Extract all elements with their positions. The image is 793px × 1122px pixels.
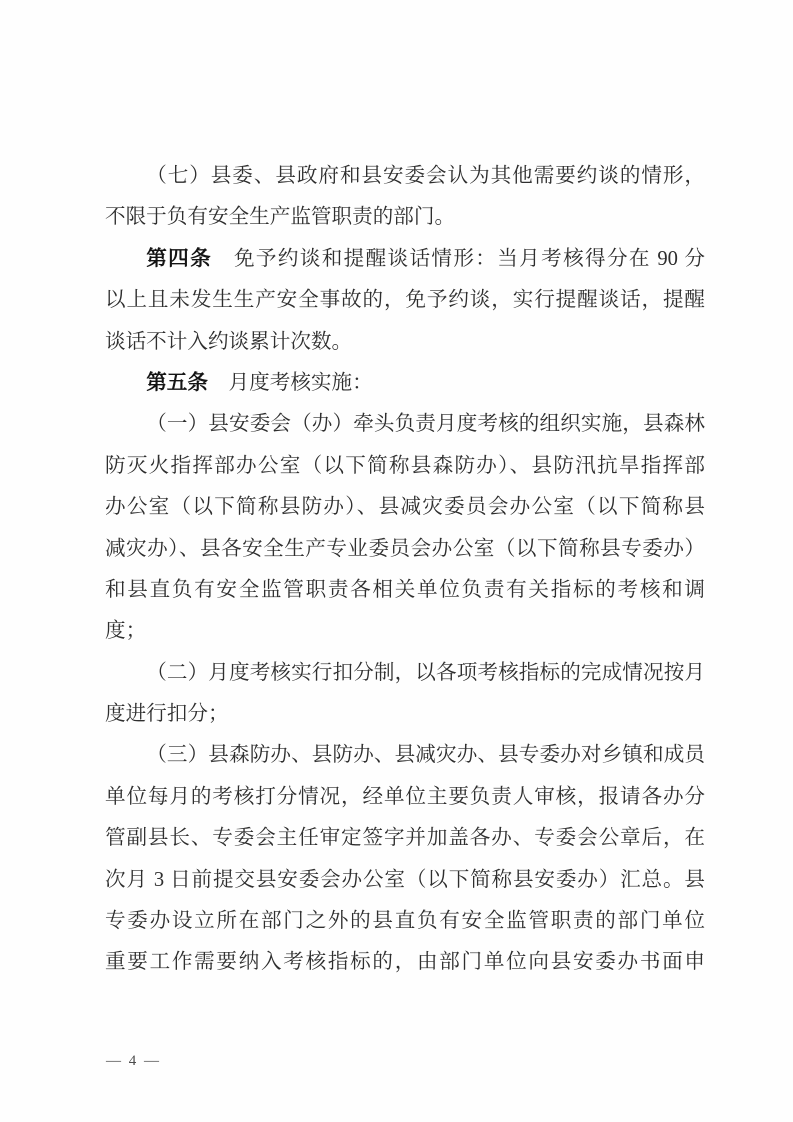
text-run: 谈话不计入约谈累计次数。	[105, 331, 352, 353]
text-run: 管副县长、专委会主任审定签字并加盖各办、专委会公章后，在	[105, 827, 705, 849]
text-run: 以上且未发生生产安全事故的，免予约谈，实行提醒谈话，提醒	[105, 289, 705, 311]
text-line: 以上且未发生生产安全事故的，免予约谈，实行提醒谈话，提醒	[105, 280, 705, 321]
text-line: 谈话不计入约谈累计次数。	[105, 322, 705, 363]
text-run: 度；	[105, 620, 146, 642]
text-run: （七）县委、县政府和县安委会认为其他需要约谈的情形，	[146, 165, 705, 187]
text-line: （三）县森防办、县防办、县减灾办、县专委办对乡镇和成员	[105, 735, 705, 776]
text-run: 和县直负有安全监管职责各相关单位负责有关指标的考核和调	[105, 579, 705, 601]
text-line: （七）县委、县政府和县安委会认为其他需要约谈的情形，	[105, 156, 705, 197]
text-run: 专委办设立所在部门之外的县直负有安全监管职责的部门单位	[105, 910, 705, 932]
text-run: 度进行扣分；	[105, 703, 229, 725]
text-line: 防灭火指挥部办公室（以下简称县森防办）、县防汛抗旱指挥部	[105, 446, 705, 487]
text-run: （二）月度考核实行扣分制，以各项考核指标的完成情况按月	[146, 662, 705, 684]
document-body: （七）县委、县政府和县安委会认为其他需要约谈的情形，不限于负有安全生产监管职责的…	[105, 156, 705, 984]
text-line: 单位每月的考核打分情况，经单位主要负责人审核，报请各办分	[105, 777, 705, 818]
text-line: （一）县安委会（办）牵头负责月度考核的组织实施，县森林	[105, 404, 705, 445]
page-footer: — 4 —	[106, 1051, 161, 1071]
text-run: （一）县安委会（办）牵头负责月度考核的组织实施，县森林	[146, 413, 705, 435]
text-run: 月度考核实施：	[208, 372, 373, 394]
text-run: 次月 3 日前提交县安委会办公室（以下简称县安委办）汇总。县	[105, 869, 705, 891]
text-run: 防灭火指挥部办公室（以下简称县森防办）、县防汛抗旱指挥部	[105, 455, 705, 477]
text-line: 第五条 月度考核实施：	[105, 363, 705, 404]
text-run: 免予约谈和提醒谈话情形：当月考核得分在 90 分	[212, 248, 705, 270]
text-line: 管副县长、专委会主任审定签字并加盖各办、专委会公章后，在	[105, 818, 705, 859]
text-line: 第四条 免予约谈和提醒谈话情形：当月考核得分在 90 分	[105, 239, 705, 280]
text-line: 度；	[105, 611, 705, 652]
text-line: 不限于负有安全生产监管职责的部门。	[105, 197, 705, 238]
text-line: 办公室（以下简称县防办）、县减灾委员会办公室（以下简称县	[105, 487, 705, 528]
scanned-document-page: （七）县委、县政府和县安委会认为其他需要约谈的情形，不限于负有安全生产监管职责的…	[0, 0, 793, 1122]
text-line: 专委办设立所在部门之外的县直负有安全监管职责的部门单位	[105, 901, 705, 942]
text-line: 次月 3 日前提交县安委会办公室（以下简称县安委办）汇总。县	[105, 860, 705, 901]
article-heading: 第四条	[146, 248, 212, 270]
text-line: 和县直负有安全监管职责各相关单位负责有关指标的考核和调	[105, 570, 705, 611]
text-run: 重要工作需要纳入考核指标的，由部门单位向县安委办书面申	[105, 951, 705, 973]
text-run: 办公室（以下简称县防办）、县减灾委员会办公室（以下简称县	[105, 496, 705, 518]
text-run: （三）县森防办、县防办、县减灾办、县专委办对乡镇和成员	[146, 744, 705, 766]
text-line: （二）月度考核实行扣分制，以各项考核指标的完成情况按月	[105, 653, 705, 694]
text-run: 单位每月的考核打分情况，经单位主要负责人审核，报请各办分	[105, 786, 705, 808]
text-run: 减灾办）、县各安全生产专业委员会办公室（以下简称县专委办）	[105, 538, 705, 560]
text-line: 度进行扣分；	[105, 694, 705, 735]
text-run: 不限于负有安全生产监管职责的部门。	[105, 206, 455, 228]
article-heading: 第五条	[146, 372, 208, 394]
page-number: — 4 —	[106, 1053, 161, 1069]
text-line: 重要工作需要纳入考核指标的，由部门单位向县安委办书面申	[105, 942, 705, 983]
text-line: 减灾办）、县各安全生产专业委员会办公室（以下简称县专委办）	[105, 529, 705, 570]
